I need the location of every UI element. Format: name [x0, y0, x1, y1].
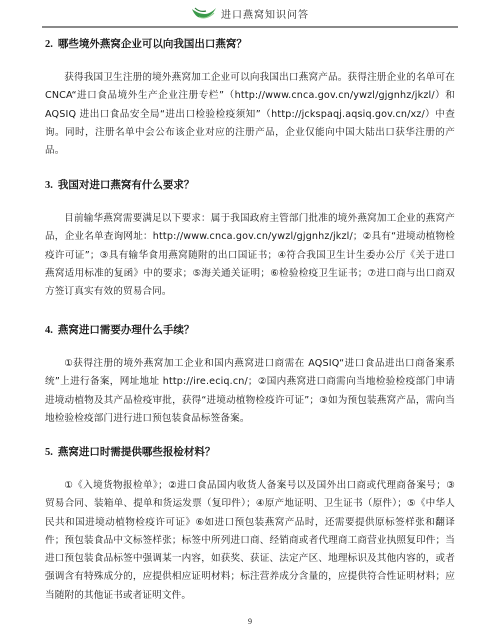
- answer-paragraph: ①获得注册的境外燕窝加工企业和国内燕窝进口商需在 AQSIQ“进口食品进出口商备…: [45, 355, 455, 428]
- page-number: 9: [0, 617, 500, 626]
- question-text: 我国对进口燕窝有什么要求？: [58, 179, 195, 191]
- header-title: 进口燕窝知识问答: [221, 6, 309, 21]
- qa-section-4: 4.燕窝进口需要办理什么手续？ ①获得注册的境外燕窝加工企业和国内燕窝进口商需在…: [45, 322, 455, 428]
- bird-nest-logo-icon: [191, 5, 217, 21]
- question-number: 2.: [45, 39, 53, 50]
- question-heading: 4.燕窝进口需要办理什么手续？: [45, 322, 455, 339]
- question-text: 燕窝进口时需提供哪些报检材料？: [58, 446, 216, 458]
- question-heading: 3.我国对进口燕窝有什么要求？: [45, 177, 455, 194]
- qa-section-2: 2.哪些境外燕窝企业可以向我国出口燕窝？ 获得我国卫生注册的境外燕窝加工企业可以…: [45, 36, 455, 160]
- answer-paragraph: 获得我国卫生注册的境外燕窝加工企业可以向我国出口燕窝产品。获得注册企业的名单可在…: [45, 69, 455, 160]
- qa-section-5: 5.燕窝进口时需提供哪些报检材料？ ①《入境货物报检单》；②进口食品国内收货人备…: [45, 444, 455, 605]
- question-number: 3.: [45, 180, 53, 191]
- answer-paragraph: 目前输华燕窝需要满足以下要求：属于我国政府主管部门批准的境外燕窝加工企业的燕窝产…: [45, 210, 455, 301]
- question-text: 燕窝进口需要办理什么手续？: [58, 324, 195, 336]
- answer-paragraph: ①《入境货物报检单》；②进口食品国内收货人备案号以及国外出口商或代理商备案号；③…: [45, 477, 455, 605]
- question-number: 5.: [45, 447, 53, 458]
- qa-section-3: 3.我国对进口燕窝有什么要求？ 目前输华燕窝需要满足以下要求：属于我国政府主管部…: [45, 177, 455, 301]
- question-number: 4.: [45, 325, 53, 336]
- question-heading: 5.燕窝进口时需提供哪些报检材料？: [45, 444, 455, 461]
- question-text: 哪些境外燕窝企业可以向我国出口燕窝？: [58, 38, 247, 50]
- page-header: 进口燕窝知识问答: [42, 0, 458, 28]
- question-heading: 2.哪些境外燕窝企业可以向我国出口燕窝？: [45, 36, 455, 53]
